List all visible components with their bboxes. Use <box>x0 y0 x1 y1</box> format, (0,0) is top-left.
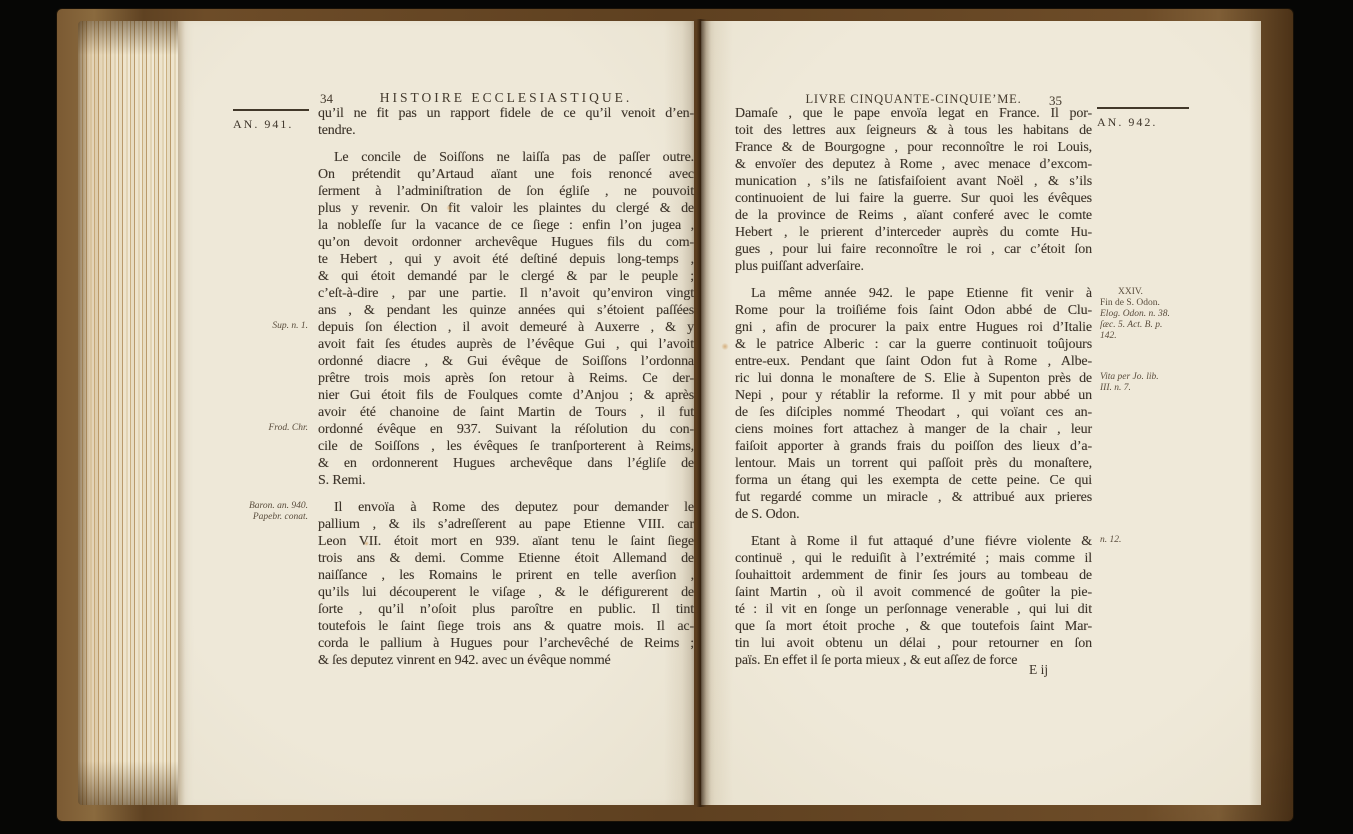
margin-note-line: n. 12. <box>1100 535 1250 546</box>
text-line: & en ordonnerent Hugues archevêque dans … <box>318 456 694 473</box>
running-title: LIVRE CINQUANTE-CINQUIE’ME. <box>735 92 1092 107</box>
year-rule <box>233 109 309 111</box>
text-line: ſaint Martin , où il avoit commencé de g… <box>735 585 1092 602</box>
text-line: nier Gui étoit fils de Foulques comte d’… <box>318 388 694 405</box>
year-annotation: AN. 942. <box>1097 107 1189 131</box>
text-line: continuë , qui le reduiſit à l’extrémité… <box>735 551 1092 568</box>
text-line: avoit fait ſes études auprès de l’évêque… <box>318 337 694 354</box>
margin-note: XXIV.Fin de S. Odon.Elog. Odon. n. 38.ſæ… <box>1100 287 1250 342</box>
page-number: 34 <box>320 91 333 107</box>
signature-mark: E ij <box>1029 662 1048 678</box>
page-right: LIVRE CINQUANTE-CINQUIE’ME. 35 AN. 942. … <box>701 21 1261 805</box>
book: 34 HISTOIRE ECCLESIASTIQUE. AN. 941. qu’… <box>57 9 1293 821</box>
text-line: ordonné diacre , & Gui évêque de Soiſſon… <box>318 354 694 371</box>
margin-note: Sup. n. 1. <box>202 321 308 332</box>
text-line: toutefois le ſaint ſiege trois ans & qua… <box>318 619 694 636</box>
text-line: & ſes deputez vinrent en 942. avec un év… <box>318 653 694 670</box>
text-line: qu’on devoit ordonner archevêque Hugues … <box>318 235 694 252</box>
text-line: Damaſe , que le pape envoïa legat en Fra… <box>735 106 1092 123</box>
text-line: trois ans & demi. Comme Etienne étoit Al… <box>318 551 694 568</box>
margin-note: n. 12. <box>1100 535 1250 546</box>
text-line: & le patrice Alberic : car la guerre con… <box>735 337 1092 354</box>
text-line: c’eſt-à-dire , par une partie. Il n’avoi… <box>318 286 694 303</box>
gutter-shadow <box>691 19 711 807</box>
text-line: Nepi , pour y rétablir la reforme. Il y … <box>735 388 1092 405</box>
margin-note-line: Vita per Jo. lib. <box>1100 372 1250 383</box>
text-line: ciens moines fort attachez à manger de l… <box>735 422 1092 439</box>
text-line: pallium , & ils s’adreſſerent au pape Et… <box>318 517 694 534</box>
text-line: S. Remi. <box>318 473 694 490</box>
text-line: que ſa mort étoit proche , & que toutefo… <box>735 619 1092 636</box>
text-line: tin lui avoit obtenu un délai , pour ret… <box>735 636 1092 653</box>
text-line: corda le pallium à Hugues pour l’archevê… <box>318 636 694 653</box>
year-text: AN. 941. <box>233 117 293 131</box>
photo-background: 34 HISTOIRE ECCLESIASTIQUE. AN. 941. qu’… <box>0 0 1353 834</box>
text-line: continuoient de lui faire la guerre. Sur… <box>735 191 1092 208</box>
text-line: Le concile de Soiſſons ne laiſſa pas de … <box>318 150 694 167</box>
text-line: la nobleſſe ſur la vacance de ce ſiege :… <box>318 218 694 235</box>
margin-note-line: ſæc. 5. Act. B. p. <box>1100 320 1250 331</box>
text-line: tendre. <box>318 123 694 140</box>
text-line: ans , & pendant les quinze années qui s’… <box>318 303 694 320</box>
text-line: plus y revenir. On fit valoir les plaint… <box>318 201 694 218</box>
text-line: qu’ils lui découperent le viſage , & le … <box>318 585 694 602</box>
text-line: & envoïer des deputez à Rome , avec mena… <box>735 157 1092 174</box>
text-line: naiſſance , les Romains le prirent en te… <box>318 568 694 585</box>
text-line: gni , afin de procurer la paix entre Hug… <box>735 320 1092 337</box>
margin-note-line: XXIV. <box>1100 287 1250 298</box>
year-text: AN. 942. <box>1097 115 1157 129</box>
text-line: de la province de Reims , aïant conferé … <box>735 208 1092 225</box>
text-line: qu’il ne fit pas un rapport fidele de ce… <box>318 106 694 123</box>
margin-note-line: Fin de S. Odon. <box>1100 298 1250 309</box>
running-title: HISTOIRE ECCLESIASTIQUE. <box>318 90 694 106</box>
margin-note-line: Papebr. conat. <box>202 512 308 523</box>
margin-note: Frod. Chr. <box>202 423 308 434</box>
margin-note-line: III. n. 7. <box>1100 383 1250 394</box>
text-line: Hebert , le prierent d’interceder auprès… <box>735 225 1092 242</box>
text-line: de ſes diſciples nommé Theodart , qui vo… <box>735 405 1092 422</box>
text-line: La même année 942. le pape Etienne fit v… <box>735 286 1092 303</box>
text-line: ſerment à l’adminiſtration de ſon égliſe… <box>318 184 694 201</box>
text-line: ric lui donna le monaſtere de S. Elie à … <box>735 371 1092 388</box>
margin-note-line: Frod. Chr. <box>202 423 308 434</box>
text-line: Etant à Rome il fut attaqué d’une fiévre… <box>735 534 1092 551</box>
text-line: munication , s’ils ne ſatisfaiſoient ava… <box>735 174 1092 191</box>
text-line: depuis ſon élection , il avoit demeuré à… <box>318 320 694 337</box>
text-line: de S. Odon. <box>735 507 1092 524</box>
margin-note-line: Elog. Odon. n. 38. <box>1100 309 1250 320</box>
text-line: Leon VII. étoit mort en 939. aïant tenu … <box>318 534 694 551</box>
text-line: fut regardé comme un miracle , & attribu… <box>735 490 1092 507</box>
text-line: Il envoïa à Rome des deputez pour demand… <box>318 500 694 517</box>
text-line: lentour. Mais un torrent qui paſſoit prè… <box>735 456 1092 473</box>
text-line: plus puiſſant adverſaire. <box>735 259 1092 276</box>
page-left: 34 HISTOIRE ECCLESIASTIQUE. AN. 941. qu’… <box>178 21 694 805</box>
text-line: & qui étoit demandé par le clergé & par … <box>318 269 694 286</box>
margin-note-line: Sup. n. 1. <box>202 321 308 332</box>
year-annotation: AN. 941. <box>233 109 309 133</box>
text-line: té : il vit en ſonge un perſonnage vener… <box>735 602 1092 619</box>
stain-spot <box>721 343 729 350</box>
text-line: ordonné évêque en 937. Suivant la réſolu… <box>318 422 694 439</box>
text-line: France & de Bourgogne , pour reconnoître… <box>735 140 1092 157</box>
text-line: Rome pour la troiſiéme fois ſaint Odon a… <box>735 303 1092 320</box>
running-header: 34 HISTOIRE ECCLESIASTIQUE. <box>318 90 694 107</box>
margin-note-line: 142. <box>1100 331 1250 342</box>
page-edges-stack <box>78 21 179 805</box>
year-rule <box>1097 107 1189 109</box>
stain-spot <box>364 541 369 546</box>
text-line: ſorte , qu’il n’oſoit plus paroître en p… <box>318 602 694 619</box>
text-line: forma un étang qui les exempta de cette … <box>735 473 1092 490</box>
margin-note: Vita per Jo. lib.III. n. 7. <box>1100 372 1250 394</box>
text-line: entre-eux. Pendant que ſaint Odon fut à … <box>735 354 1092 371</box>
margin-note: Baron. an. 940.Papebr. conat. <box>202 501 308 523</box>
stain-spot <box>446 205 453 211</box>
text-line: cile de Soiſſons , les évêques ſe tranſp… <box>318 439 694 456</box>
text-line: avoir été chanoine de ſaint Martin de To… <box>318 405 694 422</box>
text-line: toit des lettres aux ſeigneurs & à tous … <box>735 123 1092 140</box>
text-line: gues , pour lui faire reconnoître le roi… <box>735 242 1092 259</box>
text-line: On prétendit qu’Artaud aïant une fois re… <box>318 167 694 184</box>
text-line: faiſoit apporter à grands frais du poiſſ… <box>735 439 1092 456</box>
margin-note-line: Baron. an. 940. <box>202 501 308 512</box>
text-line: ſouhaittoit ardemment de finir ſes jours… <box>735 568 1092 585</box>
text-line: te Hebert , qui y avoit été deſtiné depu… <box>318 252 694 269</box>
text-line: prêtre trois mois après ſon retour à Rei… <box>318 371 694 388</box>
